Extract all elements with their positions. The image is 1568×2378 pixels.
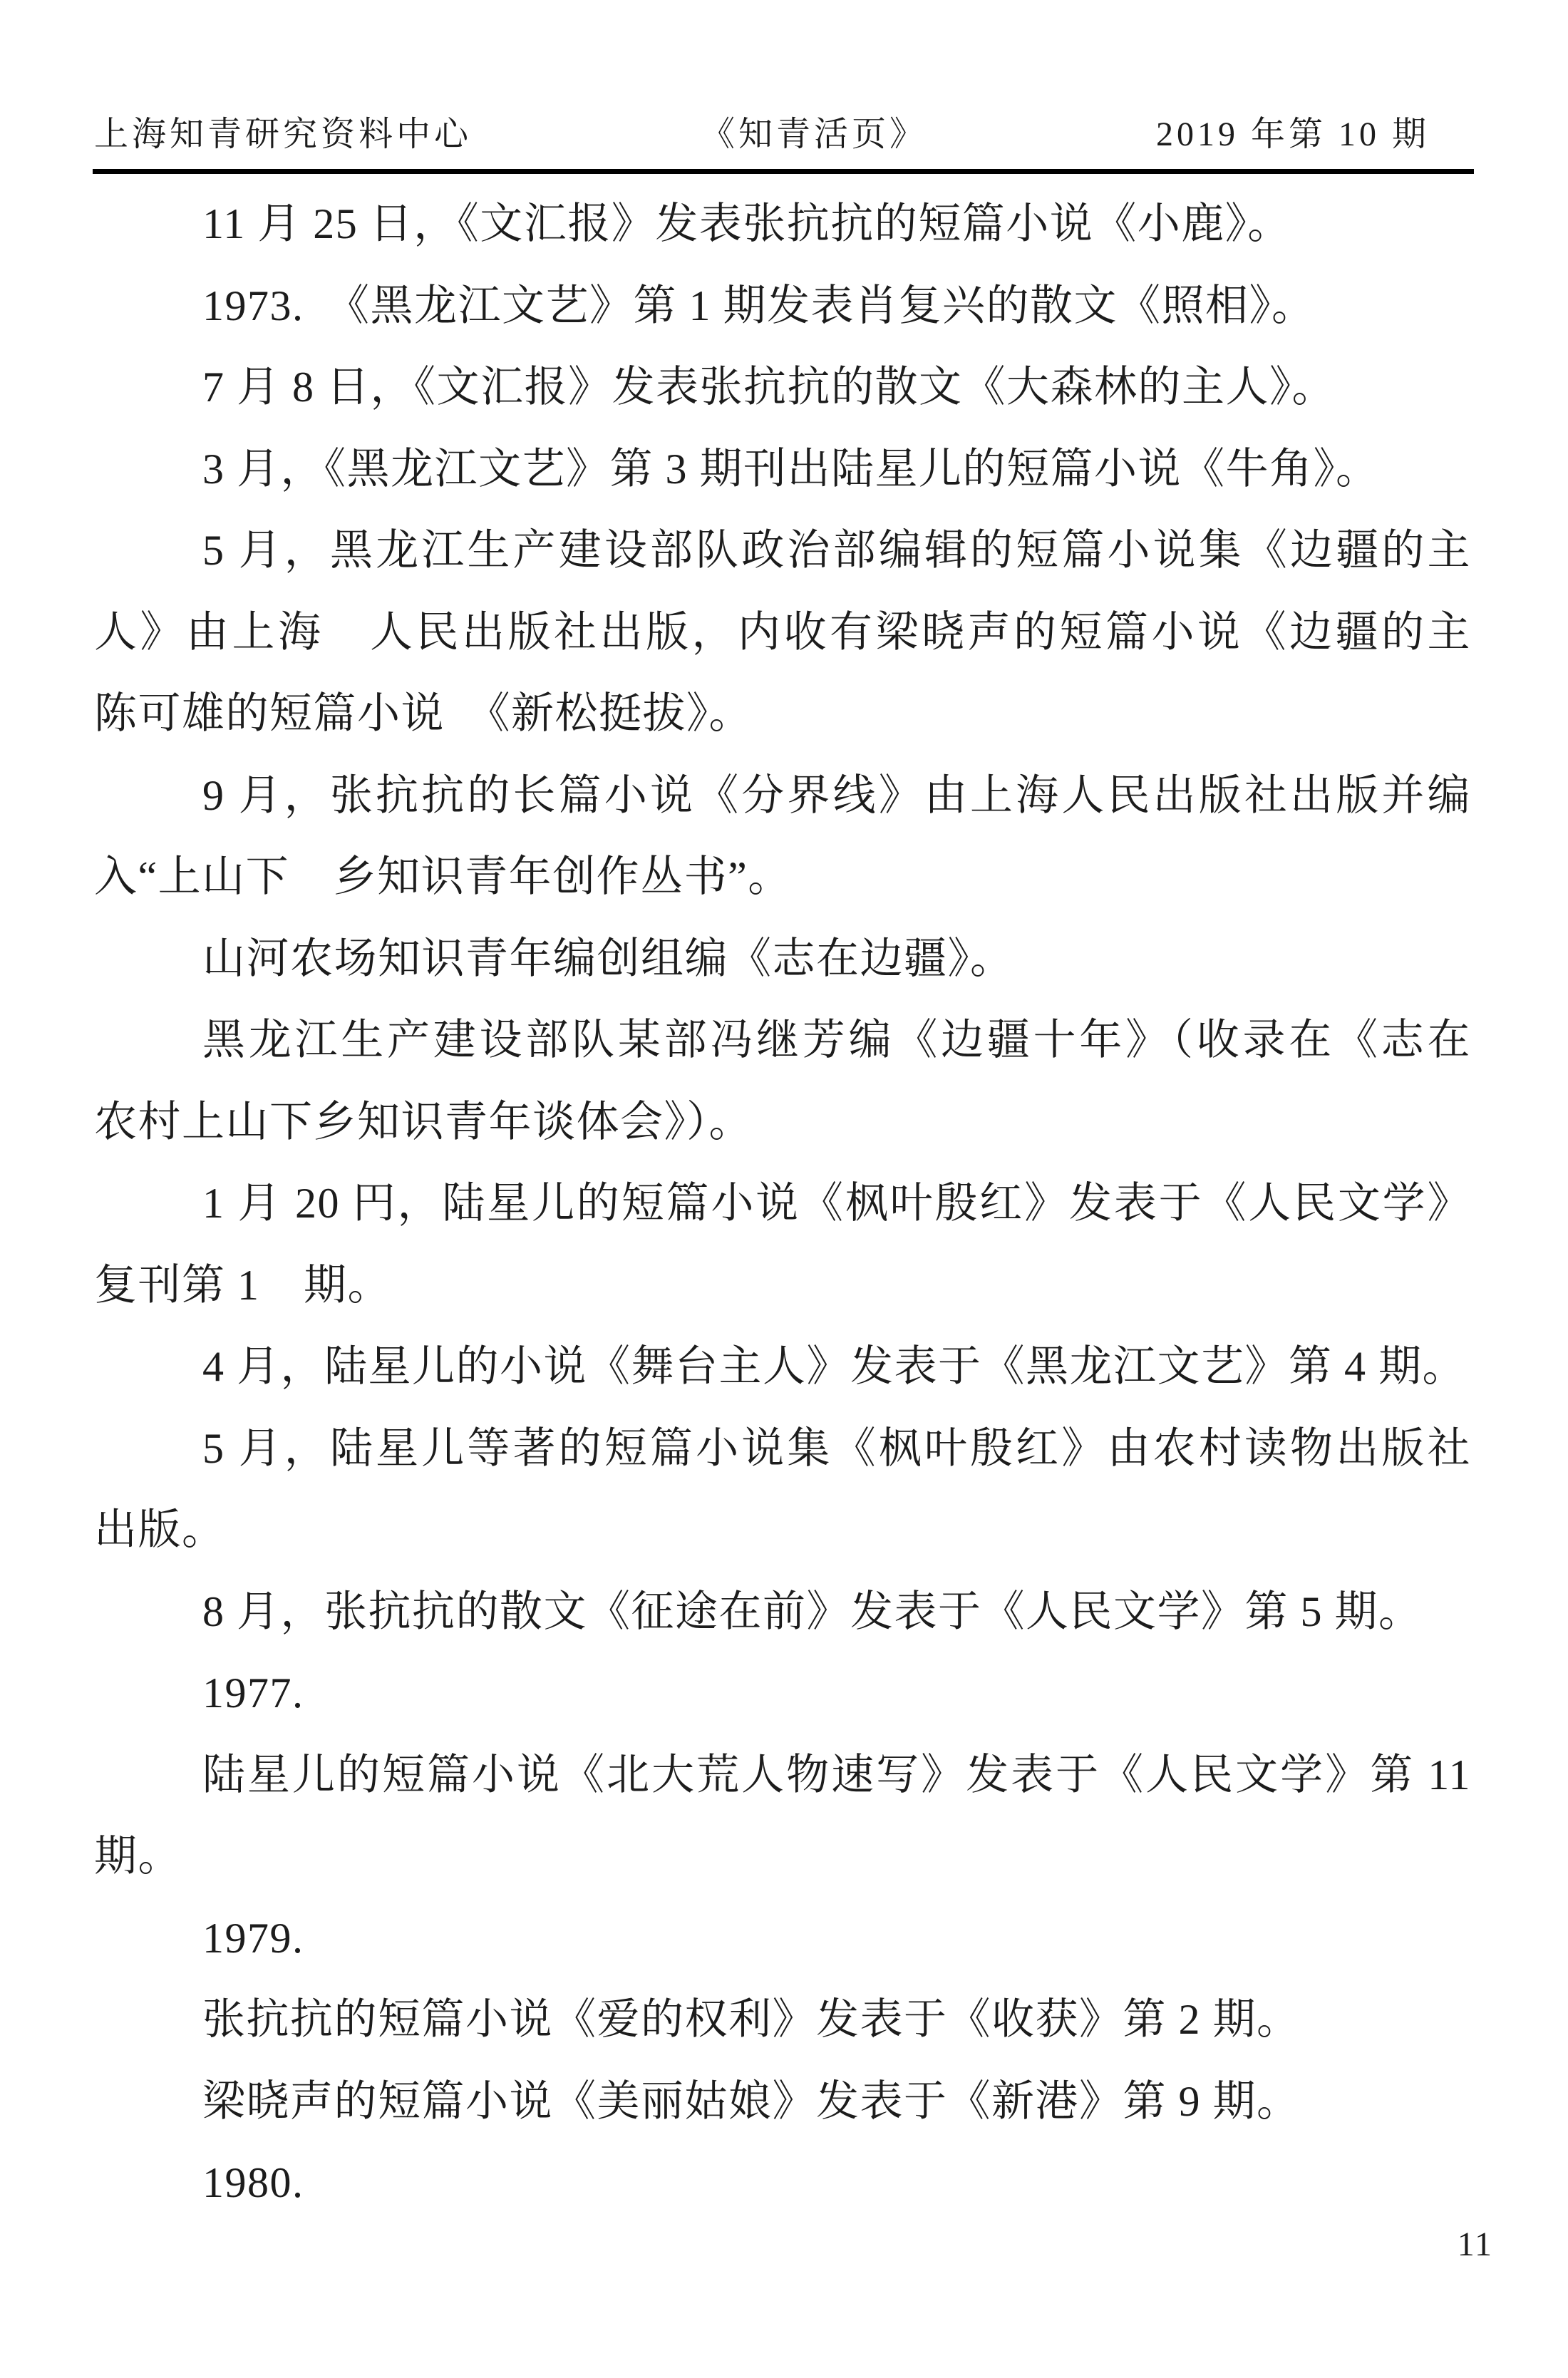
body-line: 1979. (94, 1898, 1471, 1980)
body-line: 陆星儿的短篇小说《北大荒人物速写》发表于《人民文学》第 11 (94, 1734, 1471, 1816)
document-page: 上海知青研究资料中心 《知青活页》 2019 年第 10 期 11 月 25 日… (0, 0, 1568, 2378)
body-line: 1 月 20 円，陆星儿的短篇小说《枫叶殷红》发表于《人民文学》 (94, 1163, 1471, 1245)
body-line: 1973. 《黑龙江文艺》第 1 期发表肖复兴的散文《照相》。 (94, 265, 1471, 347)
body-line: 7 月 8 日，《文汇报》发表张抗抗的散文《大森林的主人》。 (94, 346, 1471, 428)
body-text: 11 月 25 日，《文汇报》发表张抗抗的短篇小说《小鹿》。1973. 《黑龙江… (94, 183, 1471, 2224)
body-line: 1977. (94, 1652, 1471, 1734)
header-organization: 上海知青研究资料中心 (94, 115, 472, 154)
header-publication-title: 《知青活页》 (701, 115, 927, 154)
body-line: 4 月，陆星儿的小说《舞台主人》发表于《黑龙江文艺》第 4 期。 (94, 1326, 1471, 1408)
body-line: 3 月，《黑龙江文艺》第 3 期刊出陆星儿的短篇小说《牛角》。 (94, 428, 1471, 510)
body-line: 农村上山下乡知识青年谈体会》）。 (94, 1081, 1471, 1163)
header-divider-rule (93, 169, 1474, 174)
body-line: 复刊第 1 期。 (94, 1245, 1471, 1327)
header-issue-info: 2019 年第 10 期 (1156, 115, 1471, 154)
body-line: 5 月，陆星儿等著的短篇小说集《枫叶殷红》由农村读物出版社 (94, 1408, 1471, 1490)
body-line: 期。 (94, 1816, 1471, 1898)
body-line: 1980. (94, 2142, 1471, 2224)
body-line: 入“上山下 乡知识青年创作丛书”。 (94, 836, 1471, 918)
body-line: 9 月，张抗抗的长篇小说《分界线》由上海人民出版社出版并编 (94, 755, 1471, 837)
body-line: 陈可雄的短篇小说 《新松挺拔》。 (94, 673, 1471, 755)
body-line: 5 月，黑龙江生产建设部队政治部编辑的短篇小说集《边疆的主 (94, 510, 1471, 592)
body-line: 梁晓声的短篇小说《美丽姑娘》发表于《新港》第 9 期。 (94, 2061, 1471, 2143)
body-line: 出版。 (94, 1489, 1471, 1571)
body-line: 11 月 25 日，《文汇报》发表张抗抗的短篇小说《小鹿》。 (94, 183, 1471, 265)
page-header: 上海知青研究资料中心 《知青活页》 2019 年第 10 期 (94, 115, 1471, 154)
body-line: 人》由上海 人民出版社出版，内收有梁晓声的短篇小说《边疆的主人》、 (94, 592, 1471, 674)
page-number: 11 (1458, 2225, 1493, 2264)
body-line: 张抗抗的短篇小说《爱的权利》发表于《收获》第 2 期。 (94, 1979, 1471, 2061)
body-line: 8 月，张抗抗的散文《征途在前》发表于《人民文学》第 5 期。 (94, 1571, 1471, 1653)
body-line: 山河农场知识青年编创组编《志在边疆》。 (94, 918, 1471, 1000)
body-line: 黑龙江生产建设部队某部冯继芳编《边疆十年》（收录在《志在 (94, 999, 1471, 1081)
